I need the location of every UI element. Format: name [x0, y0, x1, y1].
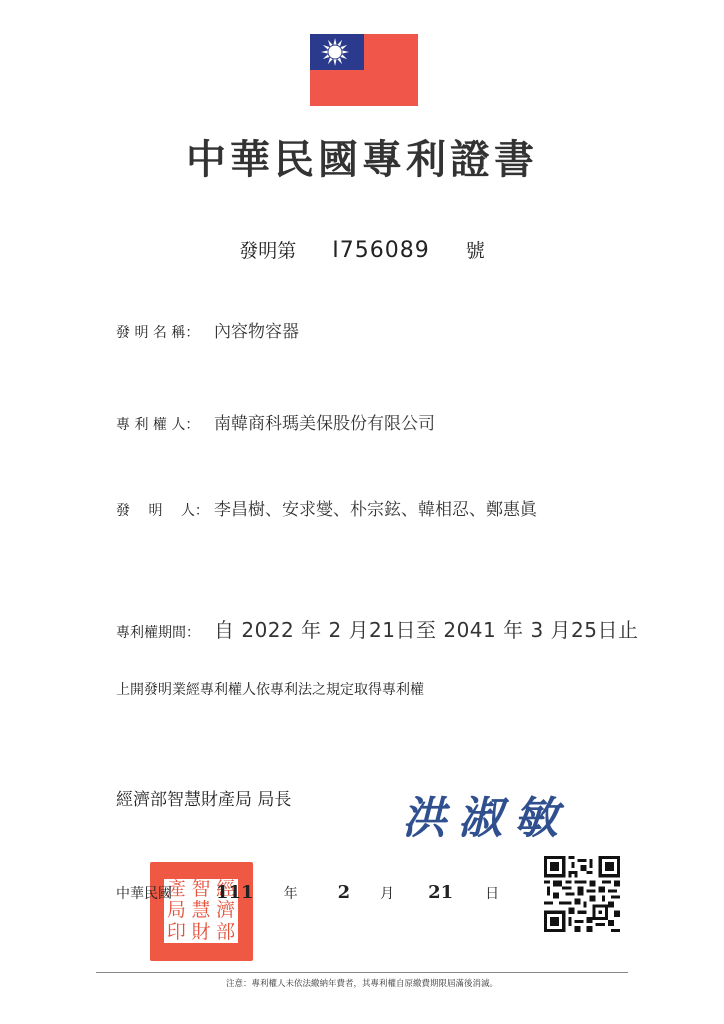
footer-divider	[96, 972, 628, 973]
date-year-unit: 年	[284, 883, 298, 903]
invention-name-value: 內容物容器	[214, 317, 299, 342]
invention-name-label: 發 明 名 稱：	[116, 322, 214, 342]
certificate-title: 中華民國專利證書	[0, 128, 724, 185]
taiwan-flag	[310, 34, 418, 106]
date-year: 111	[216, 882, 254, 903]
patent-number-line: 發明第I756089號	[0, 236, 724, 263]
patent-period: 專利權期間： 自 2022 年 2 月21日至 2041 年 3 月25日止	[116, 614, 639, 643]
seal-char: 慧	[189, 900, 214, 921]
patent-number: I756089	[332, 238, 429, 263]
seal-char: 財	[189, 922, 214, 943]
flag-canton	[310, 34, 364, 70]
invention-name-field: 發 明 名 稱： 內容物容器	[116, 317, 299, 342]
grant-statement: 上開發明業經專利權人依專利法之規定取得專利權	[116, 679, 424, 699]
inventors-field: 發 明 人： 李昌樹、安求燮、朴宗鉉、韓相忍、鄭惠眞	[116, 495, 537, 520]
date-era: 中華民國	[116, 883, 172, 903]
patentee-value: 南韓商科瑪美保股份有限公司	[214, 409, 435, 434]
issuing-office: 經濟部智慧財產局 局長	[116, 785, 291, 810]
date-day-unit: 日	[485, 883, 499, 903]
qr-code	[544, 856, 620, 932]
inventors-value: 李昌樹、安求燮、朴宗鉉、韓相忍、鄭惠眞	[214, 495, 537, 520]
date-day: 21	[428, 882, 453, 903]
seal-char: 印	[164, 922, 189, 943]
period-value: 自 2022 年 2 月21日至 2041 年 3 月25日止	[214, 614, 639, 643]
director-signature: 洪淑敏	[402, 782, 570, 846]
seal-char: 部	[213, 922, 238, 943]
patent-number-prefix: 發明第	[239, 240, 296, 262]
seal-char: 局	[164, 900, 189, 921]
white-sun-icon	[320, 37, 350, 67]
patentee-label: 專 利 權 人：	[116, 414, 214, 434]
issue-date: 中華民國 111 年 2 月 21 日	[116, 882, 499, 903]
official-seal: 產 智 經 局 慧 濟 印 財 部	[150, 862, 253, 961]
date-month: 2	[338, 882, 351, 903]
date-month-unit: 月	[380, 883, 394, 903]
inventors-label: 發 明 人：	[116, 500, 214, 520]
footer-note: 注意：專利權人未依法繳納年費者，其專利權自原繳費期限屆滿後消滅。	[0, 977, 724, 989]
patent-number-suffix: 號	[466, 240, 485, 262]
period-label: 專利權期間：	[116, 622, 200, 642]
seal-char: 濟	[213, 900, 238, 921]
patentee-field: 專 利 權 人： 南韓商科瑪美保股份有限公司	[116, 409, 435, 434]
